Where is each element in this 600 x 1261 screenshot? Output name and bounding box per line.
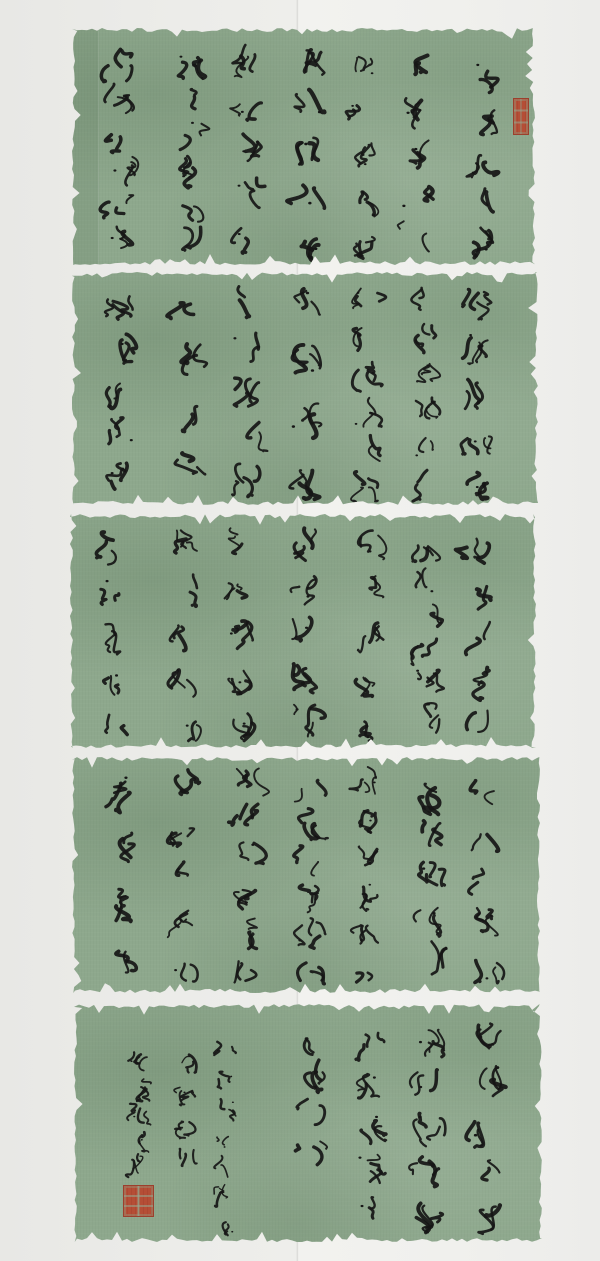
brush-stroke-icon [461, 376, 495, 410]
brush-stroke-icon [461, 331, 495, 365]
brush-stroke-icon [172, 1080, 198, 1106]
calligraphy-character: 参 [229, 416, 265, 452]
brush-stroke-icon [470, 905, 504, 939]
calligraphy-character: 西 [95, 619, 131, 655]
calligraphy-character: 翕 [223, 708, 257, 742]
red-seal-signature [123, 1185, 154, 1217]
calligraphy-character: 水 [347, 184, 379, 216]
brush-stroke-icon [351, 396, 383, 428]
calligraphy-character: 取 [233, 175, 267, 209]
calligraphy-character: 之 [292, 1057, 328, 1093]
brush-stroke-icon [229, 327, 265, 363]
brush-stroke-icon [102, 153, 138, 188]
calligraphy-character: 去 [292, 1132, 328, 1168]
text-column: 之伐竹取道 [233, 43, 267, 253]
calligraphy-character: 然 [287, 526, 323, 562]
brush-stroke-icon [172, 1113, 198, 1139]
inscription-date-column: 甲辰仲夏 [172, 1047, 198, 1172]
brush-stroke-icon [293, 806, 327, 840]
text-column: 从小丘西行 [465, 58, 501, 262]
calligraphy-character: 空 [461, 618, 499, 656]
brush-stroke-icon [411, 562, 445, 596]
text-column: 底以出为坻为 [409, 286, 441, 500]
brush-stroke-icon [170, 664, 204, 698]
brush-stroke-icon [411, 631, 445, 665]
calligraphy-character: 中 [347, 138, 379, 170]
calligraphy-character: 卷 [461, 421, 495, 455]
calligraphy-panel-5: 骨悄怆幽邃 以其境过清 不可久居乃 记之而去 柳宗元小石潭记 甲辰仲夏 吴山人书… [74, 1004, 542, 1242]
brush-stroke-icon [166, 813, 200, 847]
calligraphy-character: 伐 [233, 87, 267, 121]
calligraphy-character: 人 [127, 1101, 153, 1127]
calligraphy-character: 小 [213, 1126, 237, 1150]
text-column: 百二十步隔 [398, 53, 436, 253]
brush-stroke-icon [287, 614, 323, 650]
calligraphy-character: 远 [223, 526, 257, 560]
calligraphy-character: 来 [223, 663, 257, 697]
brush-stroke-icon [292, 1132, 328, 1168]
brush-stroke-icon [351, 708, 385, 742]
brush-stroke-icon [233, 87, 267, 121]
calligraphy-character: 水 [173, 189, 207, 223]
text-column: 篁竹中水声 [347, 47, 379, 261]
brush-stroke-icon [289, 131, 329, 171]
calligraphy-character: 翠 [287, 341, 327, 381]
brush-stroke-icon [102, 82, 138, 117]
brush-stroke-icon [465, 100, 501, 136]
brush-stroke-icon [102, 328, 138, 364]
text-column: 底近岸卷石 [461, 286, 495, 500]
calligraphy-character: 络 [229, 282, 265, 318]
calligraphy-character: 蔓 [287, 401, 327, 441]
brush-stroke-icon [354, 1193, 390, 1229]
brush-stroke-icon [223, 526, 257, 560]
brush-stroke-icon [229, 877, 265, 913]
calligraphy-character: 游 [170, 664, 204, 698]
calligraphy-character: 若 [461, 575, 499, 613]
brush-stroke-icon [352, 765, 382, 795]
calligraphy-character: 之 [127, 1152, 153, 1178]
calligraphy-character: 甲 [172, 1047, 198, 1073]
text-column: 岸势犬牙差互 [352, 765, 382, 987]
calligraphy-character: 与 [170, 618, 204, 652]
brush-stroke-icon [409, 322, 441, 354]
calligraphy-character: 丘 [465, 142, 501, 178]
calligraphy-character: 摇 [229, 327, 265, 363]
brush-stroke-icon [170, 710, 204, 744]
calligraphy-character: 而 [95, 708, 131, 744]
text-column: 以其境过清 [410, 1024, 446, 1234]
brush-stroke-icon [410, 1068, 446, 1104]
calligraphy-character: 可 [354, 1066, 390, 1102]
text-column: 远逝往来翕 [223, 526, 257, 742]
brush-stroke-icon [229, 802, 265, 838]
calligraphy-character: 百 [398, 53, 436, 91]
brush-stroke-icon [414, 818, 452, 856]
calligraphy-character: 下 [411, 666, 445, 700]
paper-seam [72, 28, 99, 265]
text-column: 屿为嵁为岩青 [351, 286, 383, 502]
calligraphy-character: 百 [102, 372, 138, 408]
calligraphy-character: 环 [166, 767, 200, 801]
calligraphy-character: 石 [102, 153, 138, 188]
brush-stroke-icon [233, 131, 267, 165]
calligraphy-character: 俶 [287, 658, 323, 694]
text-column: 忽似与游者 [170, 526, 204, 744]
calligraphy-character: 游 [461, 661, 499, 699]
calligraphy-character: 可 [102, 328, 138, 364]
brush-stroke-icon [289, 86, 329, 126]
calligraphy-character: 坻 [409, 432, 441, 464]
calligraphy-character: 岩 [351, 433, 383, 465]
brush-stroke-icon [173, 225, 207, 259]
text-column: 所依日光下澈 [411, 528, 445, 734]
brush-stroke-icon [102, 460, 138, 496]
brush-stroke-icon [287, 282, 327, 322]
brush-stroke-icon [289, 40, 329, 80]
calligraphy-character: 如 [289, 40, 329, 80]
calligraphy-character: 佁 [351, 708, 385, 742]
brush-stroke-icon [465, 142, 501, 178]
calligraphy-character: 潭 [173, 153, 207, 187]
brush-stroke-icon [410, 1111, 446, 1147]
brush-stroke-icon [287, 341, 327, 381]
brush-stroke-icon [354, 1109, 390, 1145]
calligraphy-character: 鱼 [102, 284, 138, 320]
text-column: 皆若空游无 [461, 532, 499, 742]
brush-stroke-icon [289, 222, 329, 262]
calligraphy-character: 似 [170, 572, 204, 606]
brush-stroke-icon [173, 81, 207, 115]
brush-stroke-icon [465, 226, 501, 262]
brush-stroke-icon [470, 777, 504, 811]
brush-stroke-icon [351, 286, 383, 318]
calligraphy-character: 为 [102, 224, 138, 259]
brush-stroke-icon [95, 530, 131, 566]
calligraphy-character: 为 [409, 468, 441, 500]
brush-stroke-icon [102, 118, 138, 153]
brush-stroke-icon [229, 282, 265, 318]
calligraphy-character: 尔 [287, 702, 323, 738]
brush-stroke-icon [127, 1152, 153, 1178]
brush-stroke-icon [354, 1024, 390, 1060]
calligraphy-character: 所 [411, 528, 445, 562]
text-column: 望斗折蛇行 [470, 777, 504, 982]
brush-stroke-icon [292, 1095, 328, 1131]
calligraphy-character: 石 [213, 1154, 237, 1178]
brush-stroke-icon [461, 661, 499, 699]
calligraphy-character: 夏 [172, 1146, 198, 1172]
brush-stroke-icon [101, 828, 139, 866]
brush-stroke-icon [213, 1211, 237, 1235]
calligraphy-character: 鸣 [289, 86, 329, 126]
brush-stroke-icon [166, 904, 200, 938]
brush-stroke-icon [461, 618, 499, 656]
brush-stroke-icon [467, 1018, 507, 1058]
calligraphy-character: 记 [292, 1020, 328, 1056]
calligraphy-character: 而 [292, 1095, 328, 1131]
text-column: 下见小潭水尤 [173, 45, 207, 259]
calligraphy-character: 见 [414, 899, 452, 937]
calligraphy-character: 互 [352, 957, 382, 987]
brush-stroke-icon [170, 618, 204, 652]
brush-stroke-icon [95, 619, 131, 655]
brush-stroke-icon [410, 1198, 446, 1234]
calligraphy-character: 境 [410, 1111, 446, 1147]
calligraphy-character: 蒙 [287, 460, 327, 500]
brush-stroke-icon [127, 1101, 153, 1127]
brush-stroke-icon [354, 1066, 390, 1102]
brush-stroke-icon [411, 528, 445, 562]
brush-stroke-icon [411, 666, 445, 700]
brush-stroke-icon [351, 433, 383, 465]
brush-stroke-icon [169, 394, 207, 432]
brush-stroke-icon [95, 708, 131, 744]
brush-stroke-icon [170, 572, 204, 606]
brush-stroke-icon [414, 777, 452, 815]
calligraphy-character: 骨 [467, 1018, 507, 1058]
text-column: 披拂潭中 [169, 282, 207, 488]
brush-stroke-icon [351, 470, 383, 502]
brush-stroke-icon [351, 323, 383, 355]
calligraphy-character: 吴 [127, 1050, 153, 1076]
calligraphy-character: 久 [354, 1109, 390, 1145]
brush-stroke-icon [292, 1057, 328, 1093]
calligraphy-panel-1: 从小丘西行 百二十步隔 篁竹中水声 如鸣珮环乐 之伐竹取道 下见小潭水尤 清冽全… [72, 28, 535, 265]
calligraphy-character: 寥 [166, 904, 200, 938]
calligraphy-character: 坐 [293, 953, 327, 987]
brush-stroke-icon [352, 957, 382, 987]
calligraphy-character: 许 [102, 416, 138, 452]
calligraphy-character: 怆 [467, 1108, 507, 1148]
calligraphy-character: 其 [293, 879, 327, 913]
calligraphy-character: 全 [102, 118, 138, 153]
calligraphy-character: 澈 [411, 700, 445, 734]
brush-stroke-icon [223, 617, 257, 651]
calligraphy-character: 尤 [173, 225, 207, 259]
brush-stroke-icon [352, 842, 382, 872]
brush-stroke-icon [287, 460, 327, 500]
calligraphy-character: 以 [409, 322, 441, 354]
brush-stroke-icon [398, 94, 436, 132]
text-column: 乐潭西南而 [95, 530, 131, 744]
brush-stroke-icon [352, 919, 382, 949]
brush-stroke-icon [409, 286, 441, 318]
calligraphy-character: 知 [293, 843, 327, 877]
text-column: 影布石上佁 [351, 526, 385, 742]
brush-stroke-icon [169, 450, 207, 488]
calligraphy-character: 上 [229, 802, 265, 838]
calligraphy-character: 明 [414, 777, 452, 815]
calligraphy-character: 幽 [467, 1153, 507, 1193]
brush-stroke-icon [352, 880, 382, 910]
brush-stroke-icon [229, 839, 265, 875]
brush-stroke-icon [229, 914, 265, 950]
brush-stroke-icon [352, 803, 382, 833]
brush-stroke-icon [411, 597, 445, 631]
calligraphy-character: 青 [351, 470, 383, 502]
calligraphy-character: 寒 [101, 939, 139, 977]
text-column: 骨悄怆幽邃 [467, 1018, 507, 1238]
brush-stroke-icon [410, 1155, 446, 1191]
brush-stroke-icon [414, 939, 452, 977]
calligraphy-character: 势 [352, 803, 382, 833]
text-column: 环合寂寥无 [166, 767, 200, 983]
calligraphy-character: 岸 [461, 376, 495, 410]
calligraphy-character: 邃 [467, 1198, 507, 1238]
brush-stroke-icon [213, 1183, 237, 1207]
calligraphy-character: 皆 [461, 532, 499, 570]
calligraphy-character: 头 [102, 460, 138, 496]
calligraphy-character: 折 [470, 863, 504, 897]
calligraphy-character: 道 [233, 219, 267, 253]
brush-stroke-icon [409, 468, 441, 500]
calligraphy-panel-2: 底近岸卷石 底以出为坻为 屿为嵁为岩青 树翠蔓蒙 络摇缀参差 披拂潭中 鱼可百许… [72, 272, 538, 505]
calligraphy-character: 拂 [169, 338, 207, 376]
calligraphy-character: 仲 [172, 1113, 198, 1139]
calligraphy-character: 二 [398, 94, 436, 132]
calligraphy-character: 光 [411, 631, 445, 665]
calligraphy-character: 从 [465, 58, 501, 94]
calligraphy-character: 嵁 [351, 360, 383, 392]
brush-stroke-icon [467, 1108, 507, 1148]
brush-stroke-icon [229, 765, 265, 801]
calligraphy-character: 潭 [229, 765, 265, 801]
brush-stroke-icon [293, 843, 327, 877]
brush-stroke-icon [102, 284, 138, 320]
calligraphy-character: 乃 [354, 1193, 390, 1229]
calligraphy-character: 居 [354, 1151, 390, 1187]
text-column: 记之而去 [292, 1020, 328, 1168]
text-column: 树翠蔓蒙 [287, 282, 327, 500]
brush-stroke-icon [102, 188, 138, 223]
brush-stroke-icon [166, 858, 200, 892]
brush-stroke-icon [102, 224, 138, 259]
brush-stroke-icon [173, 45, 207, 79]
calligraphy-character: 元 [213, 1097, 237, 1121]
text-column: 不可久居乃 [354, 1024, 390, 1229]
calligraphy-character: 以 [102, 188, 138, 223]
text-column: 潭上四面竹树 [229, 765, 265, 987]
brush-stroke-icon [102, 416, 138, 452]
brush-stroke-icon [127, 1050, 153, 1076]
calligraphy-character: 影 [351, 526, 385, 560]
brush-stroke-icon [351, 617, 385, 651]
calligraphy-character: 辰 [172, 1080, 198, 1106]
calligraphy-character: 面 [229, 877, 265, 913]
calligraphy-character: 源 [293, 916, 327, 950]
calligraphy-character: 为 [351, 396, 383, 428]
brush-stroke-icon [409, 432, 441, 464]
brush-stroke-icon [467, 1153, 507, 1193]
calligraphy-character: 书 [127, 1127, 153, 1153]
brush-stroke-icon [229, 460, 265, 496]
calligraphy-character: 珮 [289, 131, 329, 171]
brush-stroke-icon [347, 47, 379, 79]
calligraphy-character: 小 [465, 100, 501, 136]
calligraphy-character: 不 [293, 769, 327, 803]
brush-stroke-icon [172, 1146, 198, 1172]
calligraphy-character: 南 [95, 664, 131, 700]
brush-stroke-icon [347, 184, 379, 216]
brush-stroke-icon [213, 1154, 237, 1178]
calligraphy-character: 乐 [289, 222, 329, 262]
calligraphy-character: 小 [173, 117, 207, 151]
brush-stroke-icon [293, 879, 327, 913]
brush-stroke-icon [351, 572, 385, 606]
brush-stroke-icon [293, 953, 327, 987]
brush-stroke-icon [351, 663, 385, 697]
brush-stroke-icon [398, 215, 436, 253]
inscription-signature-column: 吴山人书之 [127, 1050, 153, 1178]
brush-stroke-icon [166, 767, 200, 801]
brush-stroke-icon [166, 949, 200, 983]
calligraphy-character: 不 [287, 570, 323, 606]
calligraphy-character: 寂 [166, 858, 200, 892]
calligraphy-character: 树 [229, 951, 265, 987]
calligraphy-character: 布 [351, 572, 385, 606]
calligraphy-character: 以 [410, 1024, 446, 1060]
calligraphy-character: 蛇 [470, 905, 504, 939]
brush-stroke-icon [470, 863, 504, 897]
brush-stroke-icon [213, 1126, 237, 1150]
calligraphy-panel-4: 望斗折蛇行 明灭可见其 岸势犬牙差互 不可知其源坐 潭上四面竹树 环合寂寥无 人… [72, 757, 540, 993]
calligraphy-character: 差 [352, 919, 382, 949]
calligraphy-character: 冽 [102, 82, 138, 117]
text-column: 人凄神寒 [101, 773, 139, 977]
brush-stroke-icon [470, 948, 504, 982]
brush-stroke-icon [461, 466, 495, 500]
brush-stroke-icon [229, 951, 265, 987]
text-column: 明灭可见其 [414, 777, 452, 977]
brush-stroke-icon [461, 575, 499, 613]
calligraphy-character: 可 [414, 858, 452, 896]
calligraphy-character: 灭 [414, 818, 452, 856]
calligraphy-character: 竹 [229, 914, 265, 950]
brush-stroke-icon [173, 153, 207, 187]
brush-stroke-icon [101, 884, 139, 922]
text-column: 如鸣珮环乐 [289, 40, 329, 262]
brush-stroke-icon [229, 371, 265, 407]
calligraphy-character: 斗 [470, 820, 504, 854]
calligraphy-character: 屿 [351, 286, 383, 318]
brush-stroke-icon [169, 282, 207, 320]
calligraphy-character: 宗 [213, 1069, 237, 1093]
brush-stroke-icon [467, 1063, 507, 1103]
calligraphy-character: 差 [229, 460, 265, 496]
brush-stroke-icon [287, 526, 323, 562]
calligraphy-character: 凄 [101, 828, 139, 866]
calligraphy-character: 步 [398, 175, 436, 213]
calligraphy-character: 石 [351, 617, 385, 651]
calligraphy-character: 动 [287, 614, 323, 650]
calligraphy-character: 出 [409, 359, 441, 391]
calligraphy-character: 潭 [95, 575, 131, 611]
brush-stroke-icon [101, 939, 139, 977]
calligraphy-character: 见 [173, 81, 207, 115]
brush-stroke-icon [101, 773, 139, 811]
calligraphy-character: 披 [169, 282, 207, 320]
text-column: 不可知其源坐 [293, 769, 327, 987]
calligraphy-character: 无 [461, 704, 499, 742]
calligraphy-character: 牙 [352, 880, 382, 910]
calligraphy-panel-3: 皆若空游无 所依日光下澈 影布石上佁 然不动俶尔 远逝往来翕 忽似与游者 乐潭西… [70, 514, 536, 748]
brush-stroke-icon [414, 899, 452, 937]
calligraphy-character: 环 [289, 177, 329, 217]
brush-stroke-icon [410, 1024, 446, 1060]
calligraphy-character: 潭 [169, 394, 207, 432]
inscription-title-column: 柳宗元小石潭记 [213, 1040, 237, 1235]
